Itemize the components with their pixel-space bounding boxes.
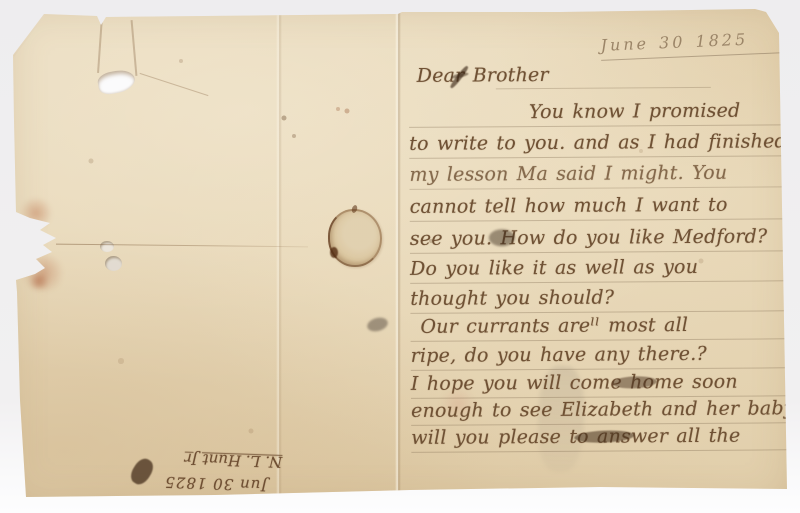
letter-line: thought you should? [410, 283, 786, 314]
letter-paper: June 30 1825 Dear Brother You know I pro… [0, 0, 800, 513]
ink-blot [489, 229, 515, 246]
date-line: June 30 1825 [600, 24, 787, 61]
letter-line: Our currants areˡˡ most all [410, 311, 786, 342]
ruled-line [496, 87, 711, 90]
letter-scan: June 30 1825 Dear Brother You know I pro… [0, 0, 800, 513]
foxing-spots [0, 0, 2, 2]
letter-line: I hope you will come home soon [411, 368, 787, 399]
letter-line: Do you like it as well as you [410, 253, 786, 284]
letter-line: to write to you. and as I had finished [409, 128, 785, 159]
letter-line: ripe, do you have any there.? [411, 340, 787, 371]
letter-line: cannot tell how much I want to [410, 191, 786, 222]
letter-line: see you. How do you like Medford? [410, 223, 786, 254]
letter-line: You know I promised [409, 97, 785, 128]
letter-line: my lesson Ma said I might. You [409, 159, 785, 190]
letter-line: enough to see Elizabeth and her baby. [411, 395, 787, 426]
